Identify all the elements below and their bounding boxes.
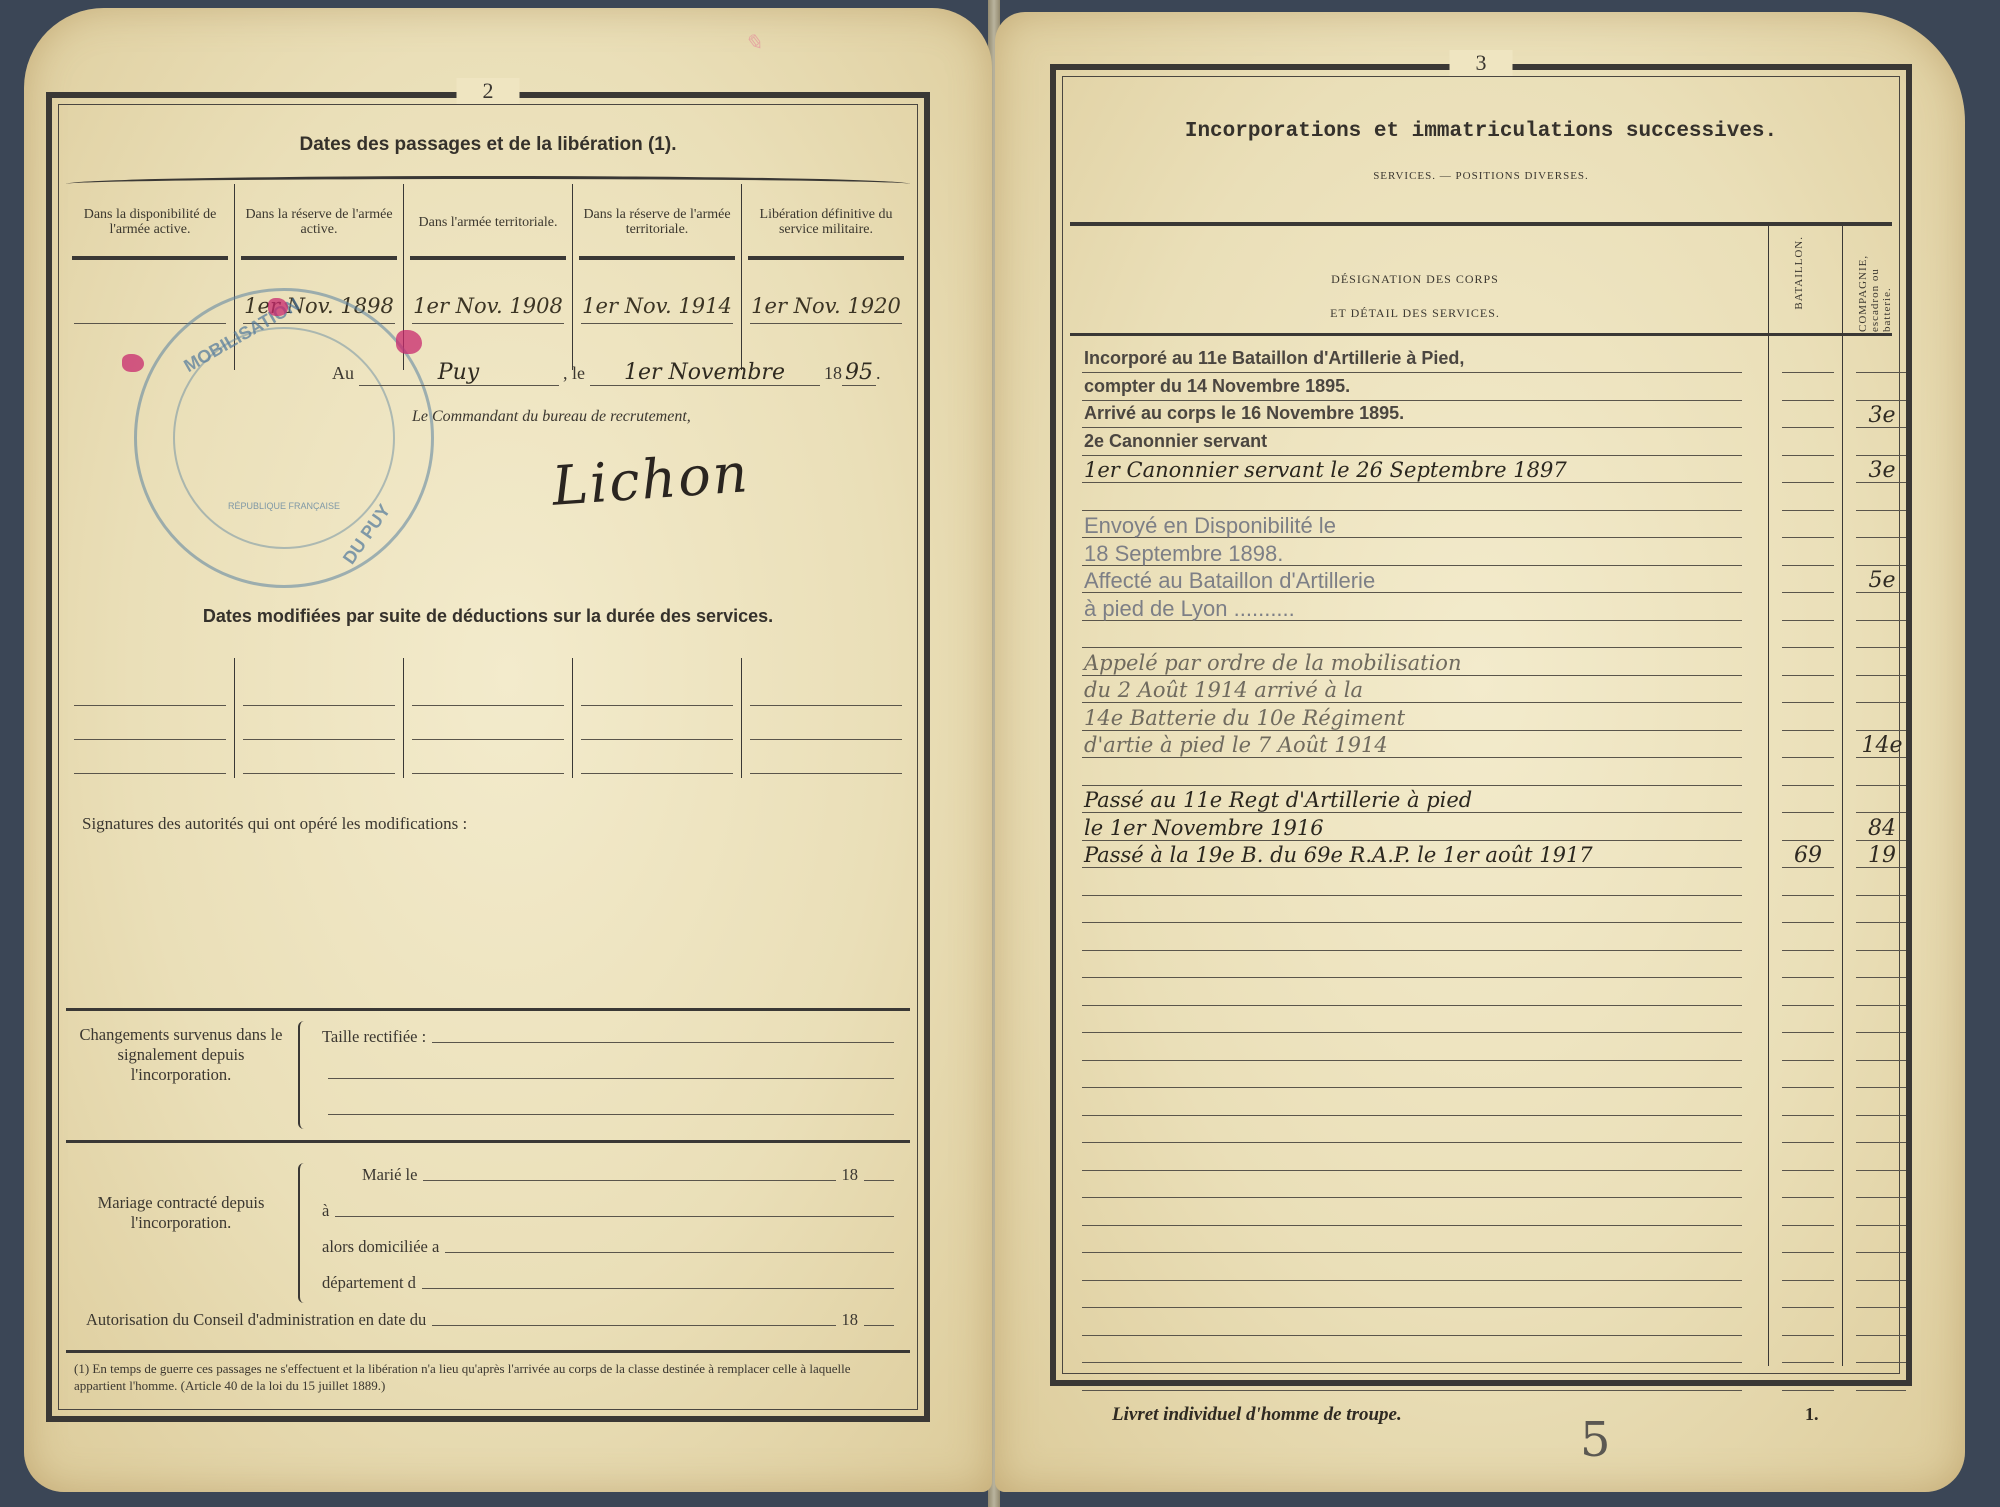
ruled-row	[1070, 1034, 1892, 1061]
service-entry: 14e Batterie du 10e Régiment	[1084, 706, 1754, 730]
ruled-row	[1070, 869, 1892, 896]
pink-ink-blot	[268, 298, 288, 316]
service-entry: Passé au 11e Regt d'Artillerie à pied	[1084, 788, 1754, 812]
autorisation-date-field[interactable]	[432, 1325, 835, 1326]
taille-field[interactable]	[432, 1042, 894, 1043]
date-field[interactable]: 1er Nov. 1920	[750, 294, 902, 324]
bataillon-line	[1782, 1390, 1834, 1391]
recruitment-office-stamp: MOBILISATION DU PUY RÉPUBLIQUE FRANÇAISE	[134, 288, 434, 588]
ruled-row	[1070, 1199, 1892, 1226]
section-subtitle: SERVICES. — POSITIONS DIVERSES.	[1056, 170, 1906, 182]
blank-line[interactable]	[581, 740, 733, 774]
compagnie-value: 84	[1856, 816, 1908, 841]
ruled-row	[1070, 924, 1892, 951]
pink-ink-blot	[122, 354, 144, 372]
ruled-line	[1082, 1390, 1742, 1391]
ruled-row	[1070, 1006, 1892, 1033]
ruled-row	[1070, 621, 1892, 648]
booklet-footer-title: Livret individuel d'homme de troupe.	[1112, 1404, 1402, 1426]
blank-row	[322, 1097, 900, 1119]
domicile-field[interactable]	[445, 1252, 894, 1253]
a-field[interactable]	[335, 1216, 894, 1217]
date-prefix: , le	[563, 363, 585, 383]
departement-label: département d	[322, 1273, 416, 1293]
mod-col	[404, 658, 573, 778]
column-header: Dans la disponibilité de l'armée active.	[72, 184, 228, 260]
mod-col	[235, 658, 404, 778]
service-entry: à pied de Lyon ..........	[1084, 596, 1754, 622]
autorisation-label: Autorisation du Conseil d'administration…	[86, 1310, 426, 1330]
departement-row: département d	[322, 1271, 900, 1293]
autorisation-year-prefix: 18	[842, 1310, 859, 1330]
ruled-row	[1070, 951, 1892, 978]
brace	[298, 1021, 304, 1129]
bataillon-header: BATAILLON.	[1793, 236, 1805, 310]
booklet-footer-number: 1.	[1805, 1404, 1819, 1425]
marie-year-prefix: 18	[842, 1165, 859, 1185]
compagnie-line	[1856, 1390, 1906, 1391]
autorisation-year-field[interactable]	[864, 1325, 894, 1326]
marie-year-field[interactable]	[864, 1180, 894, 1181]
ruled-row	[1070, 1089, 1892, 1116]
designation-header: DÉSIGNATION DES CORPS ET DÉTAIL DES SERV…	[1070, 262, 1760, 330]
ruled-row	[1070, 1144, 1892, 1171]
service-entry: d'artie à pied le 7 Août 1914	[1084, 733, 1754, 757]
ruled-row	[1070, 896, 1892, 923]
pink-ink-mark: ✎	[744, 30, 762, 56]
marie-row: Marié le 18	[322, 1163, 900, 1185]
mariage-label: Mariage contracté depuis l'incorporation…	[76, 1193, 286, 1233]
blank-line[interactable]	[74, 740, 226, 774]
service-entry: Incorporé au 11e Bataillon d'Artillerie …	[1084, 348, 1754, 369]
mod-col	[66, 658, 235, 778]
service-entry: Passé à la 19e B. du 69e R.A.P. le 1er a…	[1084, 843, 1754, 867]
services-rows: Incorporé au 11e Bataillon d'Artillerie …	[1070, 336, 1892, 1366]
mod-col	[742, 658, 910, 778]
compagnie-value: 5e	[1856, 568, 1908, 593]
year-field[interactable]: 95	[842, 360, 876, 386]
date-field[interactable]: 1er Novembre	[590, 360, 820, 386]
pencil-annotation: 5	[1580, 1412, 1611, 1468]
marie-label: Marié le	[362, 1165, 417, 1185]
blank-line[interactable]	[328, 1114, 894, 1115]
column-header: Dans la réserve de l'armée active.	[241, 184, 397, 260]
service-entry: 1er Canonnier servant le 26 Septembre 18…	[1084, 458, 1754, 482]
pink-ink-blot	[396, 330, 422, 354]
blank-line[interactable]	[243, 740, 395, 774]
taille-field-row: Taille rectifiée :	[322, 1025, 900, 1047]
ruled-row	[1070, 1061, 1892, 1088]
blank-line[interactable]	[750, 740, 902, 774]
service-entry: Arrivé au corps le 16 Novembre 1895.	[1084, 403, 1754, 424]
designation-header-line2: ET DÉTAIL DES SERVICES.	[1070, 296, 1760, 330]
footnote: (1) En temps de guerre ces passages ne s…	[66, 1350, 910, 1420]
domicile-label: alors domiciliée a	[322, 1237, 439, 1257]
section-title-modifications: Dates modifiées par suite de déductions …	[52, 606, 924, 627]
column-header: Libération définitive du service militai…	[748, 184, 904, 260]
compagnie-value: 3e	[1856, 458, 1908, 483]
blank-line[interactable]	[750, 706, 902, 740]
place-field[interactable]: Puy	[359, 360, 559, 386]
service-entry: le 1er Novembre 1916	[1084, 816, 1754, 840]
date-field[interactable]: 1er Nov. 1914	[581, 294, 733, 324]
place-prefix: Au	[332, 363, 354, 383]
blank-line[interactable]	[412, 672, 564, 706]
ruled-row	[1070, 484, 1892, 511]
changes-section: Changements survenus dans le signalement…	[66, 1008, 910, 1140]
ruled-row	[1070, 759, 1892, 786]
designation-header-line1: DÉSIGNATION DES CORPS	[1070, 262, 1760, 296]
section-title-incorporations: Incorporations et immatriculations succe…	[1056, 120, 1906, 143]
signatures-label: Signatures des autorités qui ont opéré l…	[82, 814, 467, 834]
ruled-row	[1070, 1336, 1892, 1363]
brace	[298, 1163, 304, 1303]
ruled-row	[1070, 1254, 1892, 1281]
service-entry: 18 Septembre 1898.	[1084, 541, 1754, 567]
right-page-frame: 3 Incorporations et immatriculations suc…	[1050, 64, 1912, 1386]
ruled-row	[1070, 1309, 1892, 1336]
col-armee-territoriale: Dans l'armée territoriale. 1er Nov. 1908	[404, 184, 573, 370]
page-number: 3	[1450, 50, 1513, 76]
stamp-center-text: RÉPUBLIQUE FRANÇAISE	[137, 501, 431, 511]
blank-line[interactable]	[581, 672, 733, 706]
ruled-row	[1070, 1281, 1892, 1308]
compagnie-value: 19	[1856, 843, 1908, 868]
service-entry: Appelé par ordre de la mobilisation	[1084, 651, 1754, 675]
bataillon-value: 69	[1782, 843, 1834, 868]
service-entry: Affecté au Bataillon d'Artillerie	[1084, 568, 1754, 594]
ruled-row	[1070, 1226, 1892, 1253]
blank-line[interactable]	[581, 706, 733, 740]
services-table: DÉSIGNATION DES CORPS ET DÉTAIL DES SERV…	[1070, 222, 1892, 1366]
service-entry: 2e Canonnier servant	[1084, 431, 1754, 452]
a-label: à	[322, 1201, 329, 1221]
date-field[interactable]: 1er Nov. 1908	[412, 294, 564, 324]
blank-line[interactable]	[412, 706, 564, 740]
service-entry: Envoyé en Disponibilité le	[1084, 513, 1754, 539]
service-entry: du 2 Août 1914 arrivé à la	[1084, 678, 1754, 702]
ruled-row	[1070, 1171, 1892, 1198]
column-header: Dans l'armée territoriale.	[410, 184, 566, 260]
domicile-row: alors domiciliée a	[322, 1235, 900, 1257]
blank-line[interactable]	[74, 706, 226, 740]
ruled-row	[1070, 1364, 1892, 1391]
ruled-row	[1070, 979, 1892, 1006]
compagnie-header: COMPAGNIE, escadron ou batterie.	[1857, 236, 1897, 332]
modifications-grid	[66, 658, 910, 778]
service-entry: compter du 14 Novembre 1895.	[1084, 376, 1754, 397]
commandant-label: Le Commandant du bureau de recrutement,	[412, 408, 691, 426]
a-row: à	[322, 1199, 900, 1221]
blank-line[interactable]	[328, 1078, 894, 1079]
section-title-passages: Dates des passages et de la libération (…	[52, 134, 924, 156]
departement-field[interactable]	[422, 1288, 894, 1289]
blank-line[interactable]	[412, 740, 564, 774]
year-prefix: 18	[824, 363, 842, 383]
place-date-line: Au Puy , le 1er Novembre 1895.	[332, 360, 904, 386]
mod-col	[573, 658, 742, 778]
page-number: 2	[457, 78, 520, 104]
blank-line[interactable]	[243, 706, 395, 740]
compagnie-value: 3e	[1856, 403, 1908, 428]
blank-row	[322, 1061, 900, 1083]
ruled-row	[1070, 1116, 1892, 1143]
blank-line[interactable]	[243, 672, 395, 706]
blank-line[interactable]	[74, 672, 226, 706]
changes-label: Changements survenus dans le signalement…	[76, 1025, 286, 1085]
compagnie-value: 14e	[1856, 733, 1908, 758]
blank-line[interactable]	[750, 672, 902, 706]
left-page-frame: 2 Dates des passages et de la libération…	[46, 92, 930, 1422]
column-header: Dans la réserve de l'armée territoriale.	[579, 184, 735, 260]
marie-date-field[interactable]	[423, 1180, 835, 1181]
autorisation-row: Autorisation du Conseil d'administration…	[86, 1310, 900, 1330]
taille-label: Taille rectifiée :	[322, 1027, 426, 1047]
col-reserve-territoriale: Dans la réserve de l'armée territoriale.…	[573, 184, 742, 370]
col-liberation: Libération définitive du service militai…	[742, 184, 910, 370]
